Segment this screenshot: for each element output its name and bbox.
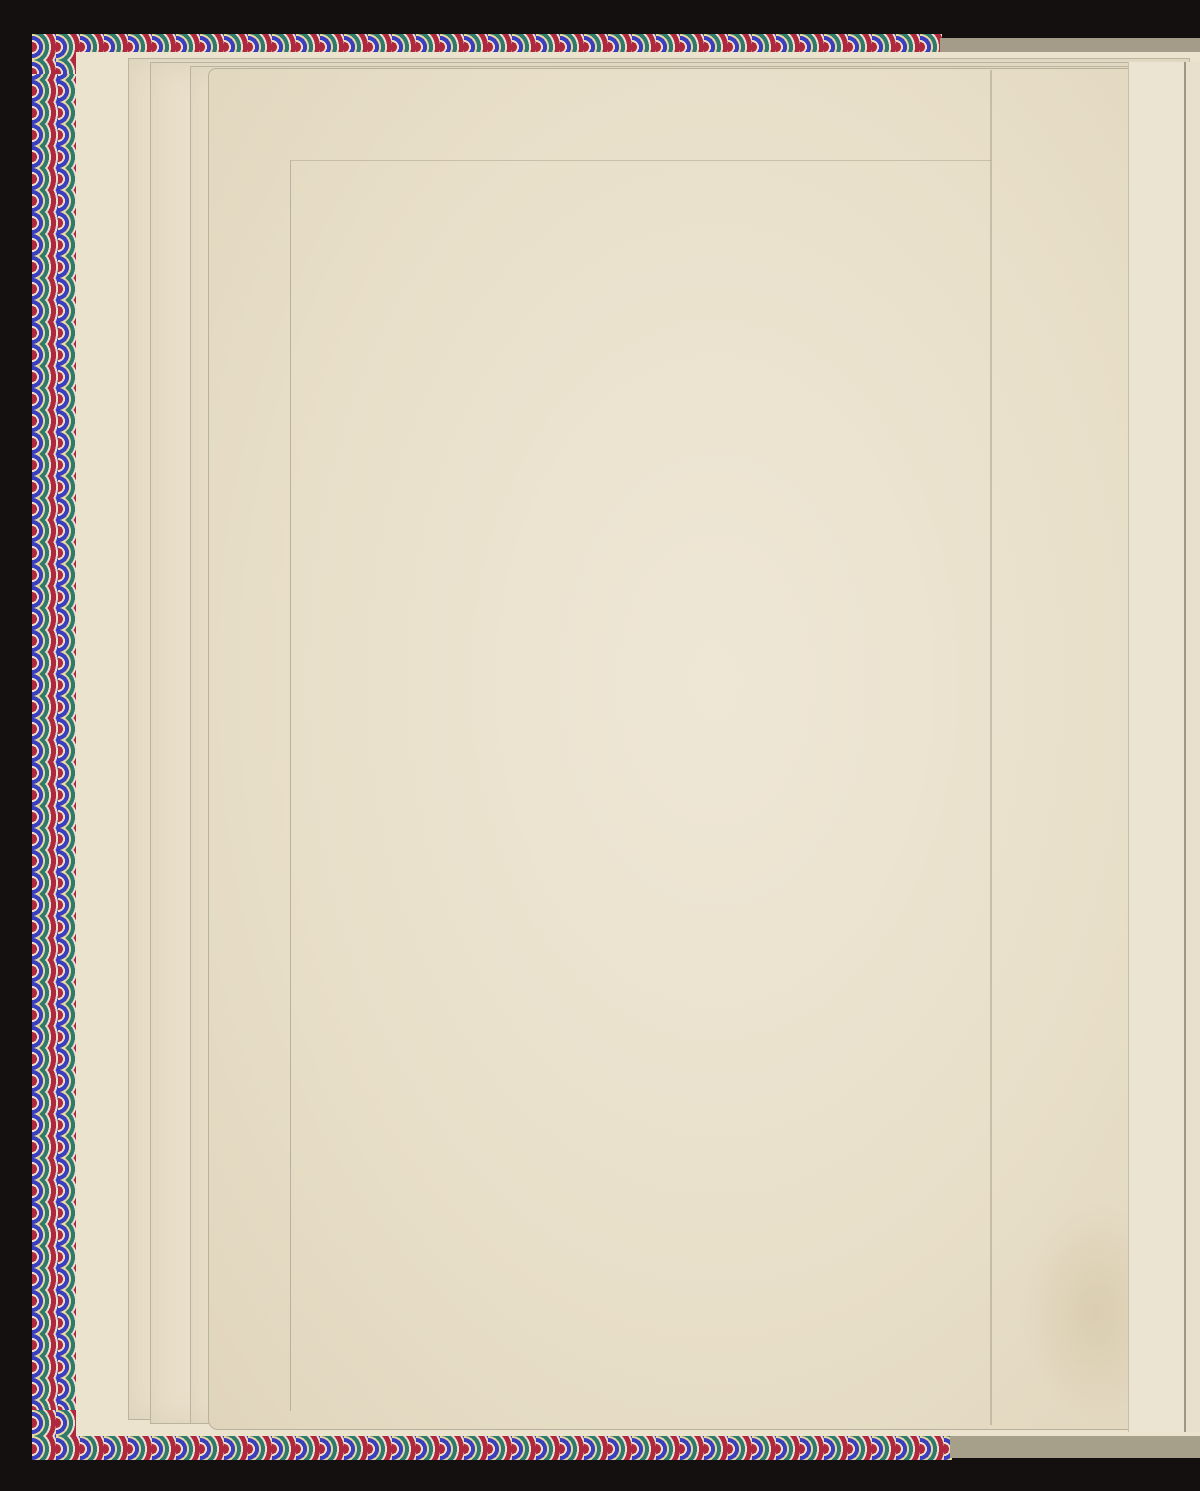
page-impression-panel xyxy=(290,160,991,1411)
page-fold-line xyxy=(990,70,992,1425)
right-gutter xyxy=(1184,62,1200,1432)
right-page-edge xyxy=(1128,62,1189,1432)
